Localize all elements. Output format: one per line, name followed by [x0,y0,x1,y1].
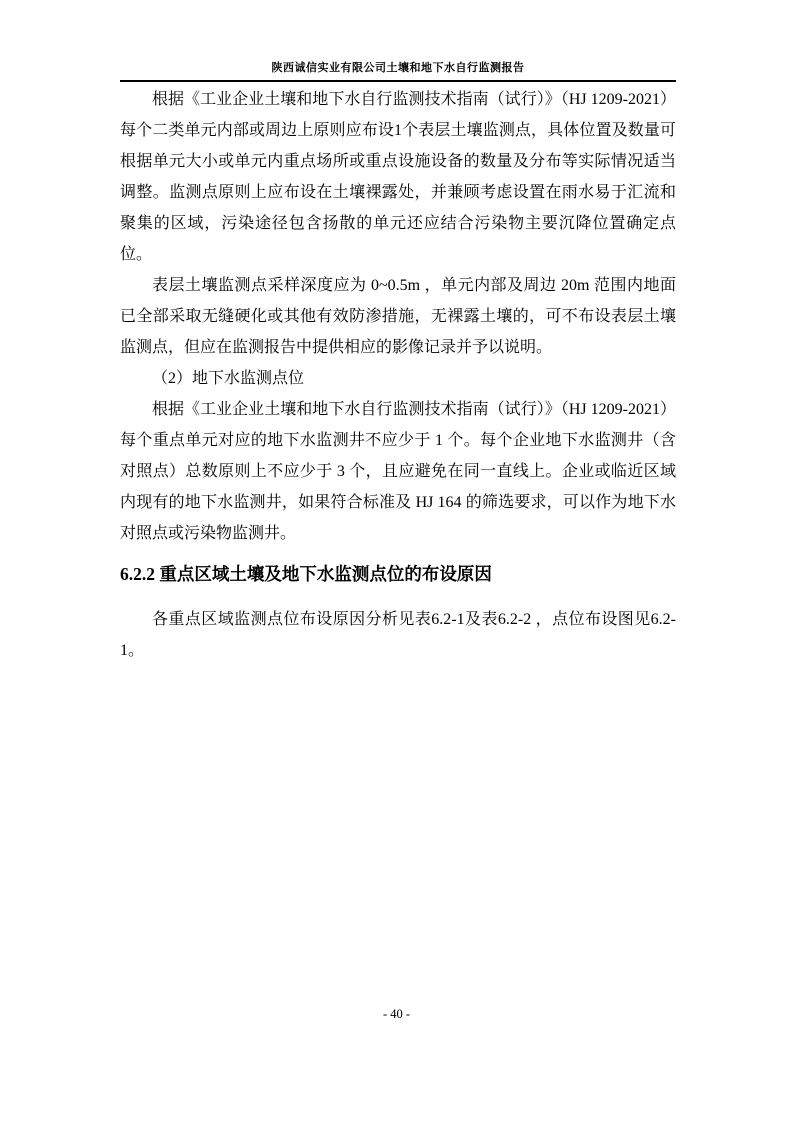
section-heading-6-2-2: 6.2.2 重点区域土壤及地下水监测点位的布设原因 [120,558,676,591]
page-number: - 40 - [0,1006,793,1022]
paragraph-groundwater-well-rules: 根据《工业企业土壤和地下水自行监测技术指南（试行）》（HJ 1209-2021）… [120,394,676,549]
document-body: 根据《工业企业土壤和地下水自行监测技术指南（试行）》（HJ 1209-2021）… [120,84,676,666]
subsection-label-groundwater-points: （2）地下水监测点位 [120,363,676,394]
paragraph-surface-soil-sampling-depth: 表层土壤监测点采样深度应为 0~0.5m ，单元内部及周边 20m 范围内地面已… [120,270,676,363]
header-divider-line [120,80,676,82]
paragraph-surface-soil-layout-rules: 根据《工业企业土壤和地下水自行监测技术指南（试行）》（HJ 1209-2021）… [120,84,676,270]
report-page: 陕西诚信实业有限公司土壤和地下水自行监测报告 根据《工业企业土壤和地下水自行监测… [0,0,793,1122]
running-header-title: 陕西诚信实业有限公司土壤和地下水自行监测报告 [120,60,676,76]
paragraph-table-figure-reference: 各重点区域监测点位布设原因分析见表6.2-1及表6.2-2 ，点位布设图见6.2… [120,604,676,666]
